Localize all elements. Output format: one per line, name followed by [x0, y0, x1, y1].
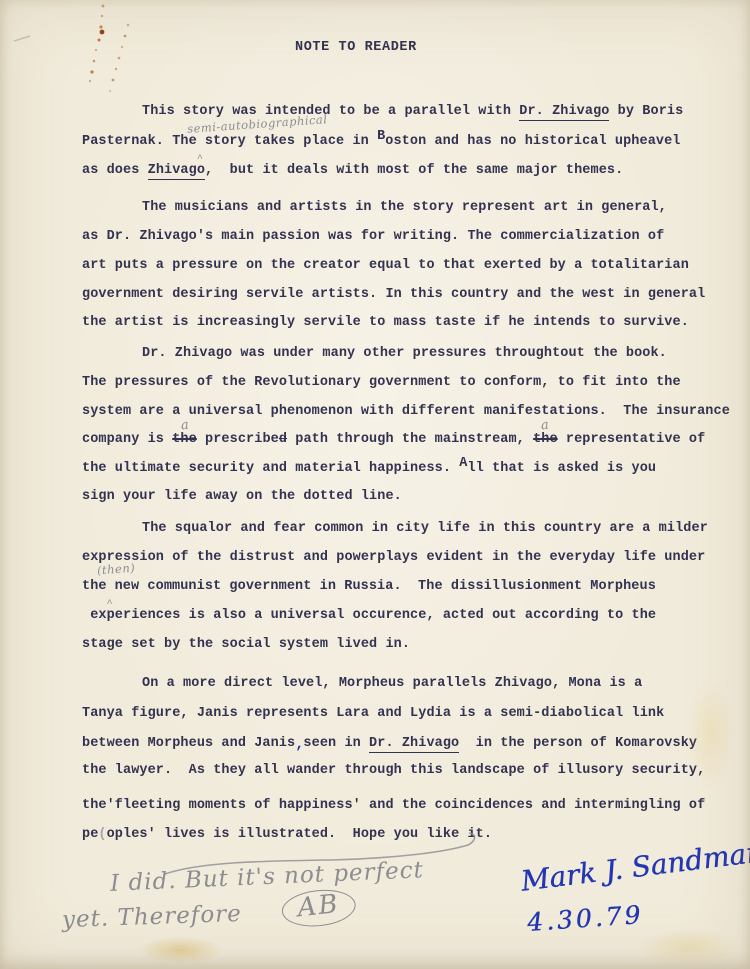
pencil-insert-text: (then) [96, 560, 135, 579]
typed-line: sign your life away on the dotted line. [82, 489, 402, 505]
typed-text: On a more direct level, Morpheus paralle… [142, 676, 642, 691]
typed-text: stage set by the social system lived in. [82, 637, 410, 652]
typed-text: by Boris [609, 104, 683, 119]
raised-character: B [377, 129, 385, 144]
typed-text: system are a universal phenomenon with d… [82, 404, 730, 419]
pencil-correction-letter: a [541, 418, 550, 435]
pencil-reply-line-2: yet. ThereforeAB [61, 893, 356, 939]
typed-line: as Dr. Zhivago's main passion was for wr… [82, 229, 664, 245]
underlined-book-title: Dr. Zhivago [519, 104, 609, 121]
raised-character: A [459, 456, 467, 471]
underlined-book-title: Dr. Zhivago [369, 736, 459, 753]
typed-text: The pressures of the Revolutionary gover… [82, 375, 681, 390]
typed-line: experiences is also a universal occurenc… [82, 608, 656, 624]
typed-line: Dr. Zhivago was under many other pressur… [142, 346, 667, 362]
typed-line: The musicians and artists in the story r… [142, 200, 667, 216]
typed-text: The musicians and artists in the story r… [142, 200, 667, 215]
typed-line: as does Zhivago, but it deals with most … [82, 163, 623, 179]
typed-text: company is [82, 432, 172, 447]
underlined-book-title: Zhivago [148, 163, 205, 180]
scanned-typewritten-page: NOTE TO READER This story was intended t… [0, 0, 750, 969]
typed-line: the(then)^new communist government in Ru… [82, 579, 656, 595]
typed-text: oples' lives is illustrated. Hope you li… [107, 827, 492, 842]
struck-character: d [279, 432, 287, 447]
typed-text: in the person of Komarovsky [459, 736, 697, 751]
typed-text: Pasternak. The [82, 134, 197, 149]
signature-date: 4.30.79 [526, 900, 644, 937]
typed-text: seen in [295, 736, 369, 751]
typed-line: The pressures of the Revolutionary gover… [82, 375, 681, 391]
typed-line: The squalor and fear common in city life… [142, 521, 708, 537]
typed-line: government desiring servile artists. In … [82, 287, 705, 303]
paper-stain [636, 928, 741, 966]
typed-line: stage set by the social system lived in. [82, 637, 410, 653]
struck-word-with-pencil-correction: thea [533, 432, 558, 447]
typed-text: story takes place in [205, 134, 377, 149]
typed-line: the ultimate security and material happi… [82, 461, 656, 477]
typed-line: art puts a pressure on the creator equal… [82, 258, 689, 274]
pencil-correction-letter: a [180, 418, 189, 435]
struck-word-with-pencil-correction: thea [172, 432, 197, 447]
typed-text: the ultimate security and material happi… [82, 461, 459, 476]
typed-text: experiences is also a universal occurenc… [82, 608, 656, 623]
typed-text: prescribe [197, 432, 279, 447]
typed-text: the lawyer. As they all wander through t… [82, 763, 705, 778]
rust-stain-streaks [89, 5, 129, 92]
typed-line: Pasternak. Thesemi-autobiographical^stor… [82, 134, 681, 150]
paper-stain [138, 936, 223, 964]
typed-text: sign your life away on the dotted line. [82, 489, 402, 504]
typed-text: the'fleeting moments of happiness' and t… [82, 798, 705, 813]
typed-text: government desiring servile artists. In … [82, 287, 705, 302]
typed-text: , but it deals with most of the same maj… [205, 163, 623, 178]
pencil-reply-line-2-text: yet. Therefore [62, 901, 243, 933]
circled-initials: AB [280, 886, 357, 930]
faint-character: ( [98, 827, 106, 842]
typed-text: as does [82, 163, 148, 178]
typed-text: oston and has no historical upheavel [385, 134, 680, 149]
pencil-edge-dash [14, 36, 30, 41]
typed-line: the lawyer. As they all wander through t… [82, 763, 705, 779]
typed-line: the'fleeting moments of happiness' and t… [82, 798, 705, 814]
typed-text: Dr. Zhivago was under many other pressur… [142, 346, 667, 361]
typed-text: representative of [558, 432, 706, 447]
typed-text: path through the mainstream, [287, 432, 533, 447]
typed-line: pe(oples' lives is illustrated. Hope you… [82, 827, 492, 843]
pencil-reply-line-1: I did. But it's not perfect [110, 857, 425, 897]
typed-text: The squalor and fear common in city life… [142, 521, 708, 536]
typed-text: This story was intended to be a parallel… [142, 104, 519, 119]
typed-text: Tanya figure, Janis represents Lara and … [82, 706, 664, 721]
typed-line: Tanya figure, Janis represents Lara and … [82, 706, 664, 722]
typed-line: expression of the distrust and powerplay… [82, 550, 705, 566]
typed-text: as Dr. Zhivago's main passion was for wr… [82, 229, 664, 244]
page-title: NOTE TO READER [295, 40, 417, 55]
typed-line: between Morpheus and Janis, seen in Dr. … [82, 735, 697, 752]
typed-text: pe [82, 827, 98, 842]
typed-text: ll that is asked is you [467, 461, 656, 476]
typed-text: between Morpheus and Janis [82, 736, 295, 751]
typed-text: new communist government in Russia. The … [115, 579, 656, 594]
typed-text: the artist is increasingly servile to ma… [82, 315, 689, 330]
typed-text: art puts a pressure on the creator equal… [82, 258, 689, 273]
typed-line: On a more direct level, Morpheus paralle… [142, 676, 642, 692]
typed-line: company is thea prescribed path through … [82, 432, 705, 448]
typed-line: the artist is increasingly servile to ma… [82, 315, 689, 331]
typed-text: the [82, 579, 107, 594]
signature-name: Mark J. Sandman [519, 835, 750, 898]
typed-text: expression of the distrust and powerplay… [82, 550, 705, 565]
